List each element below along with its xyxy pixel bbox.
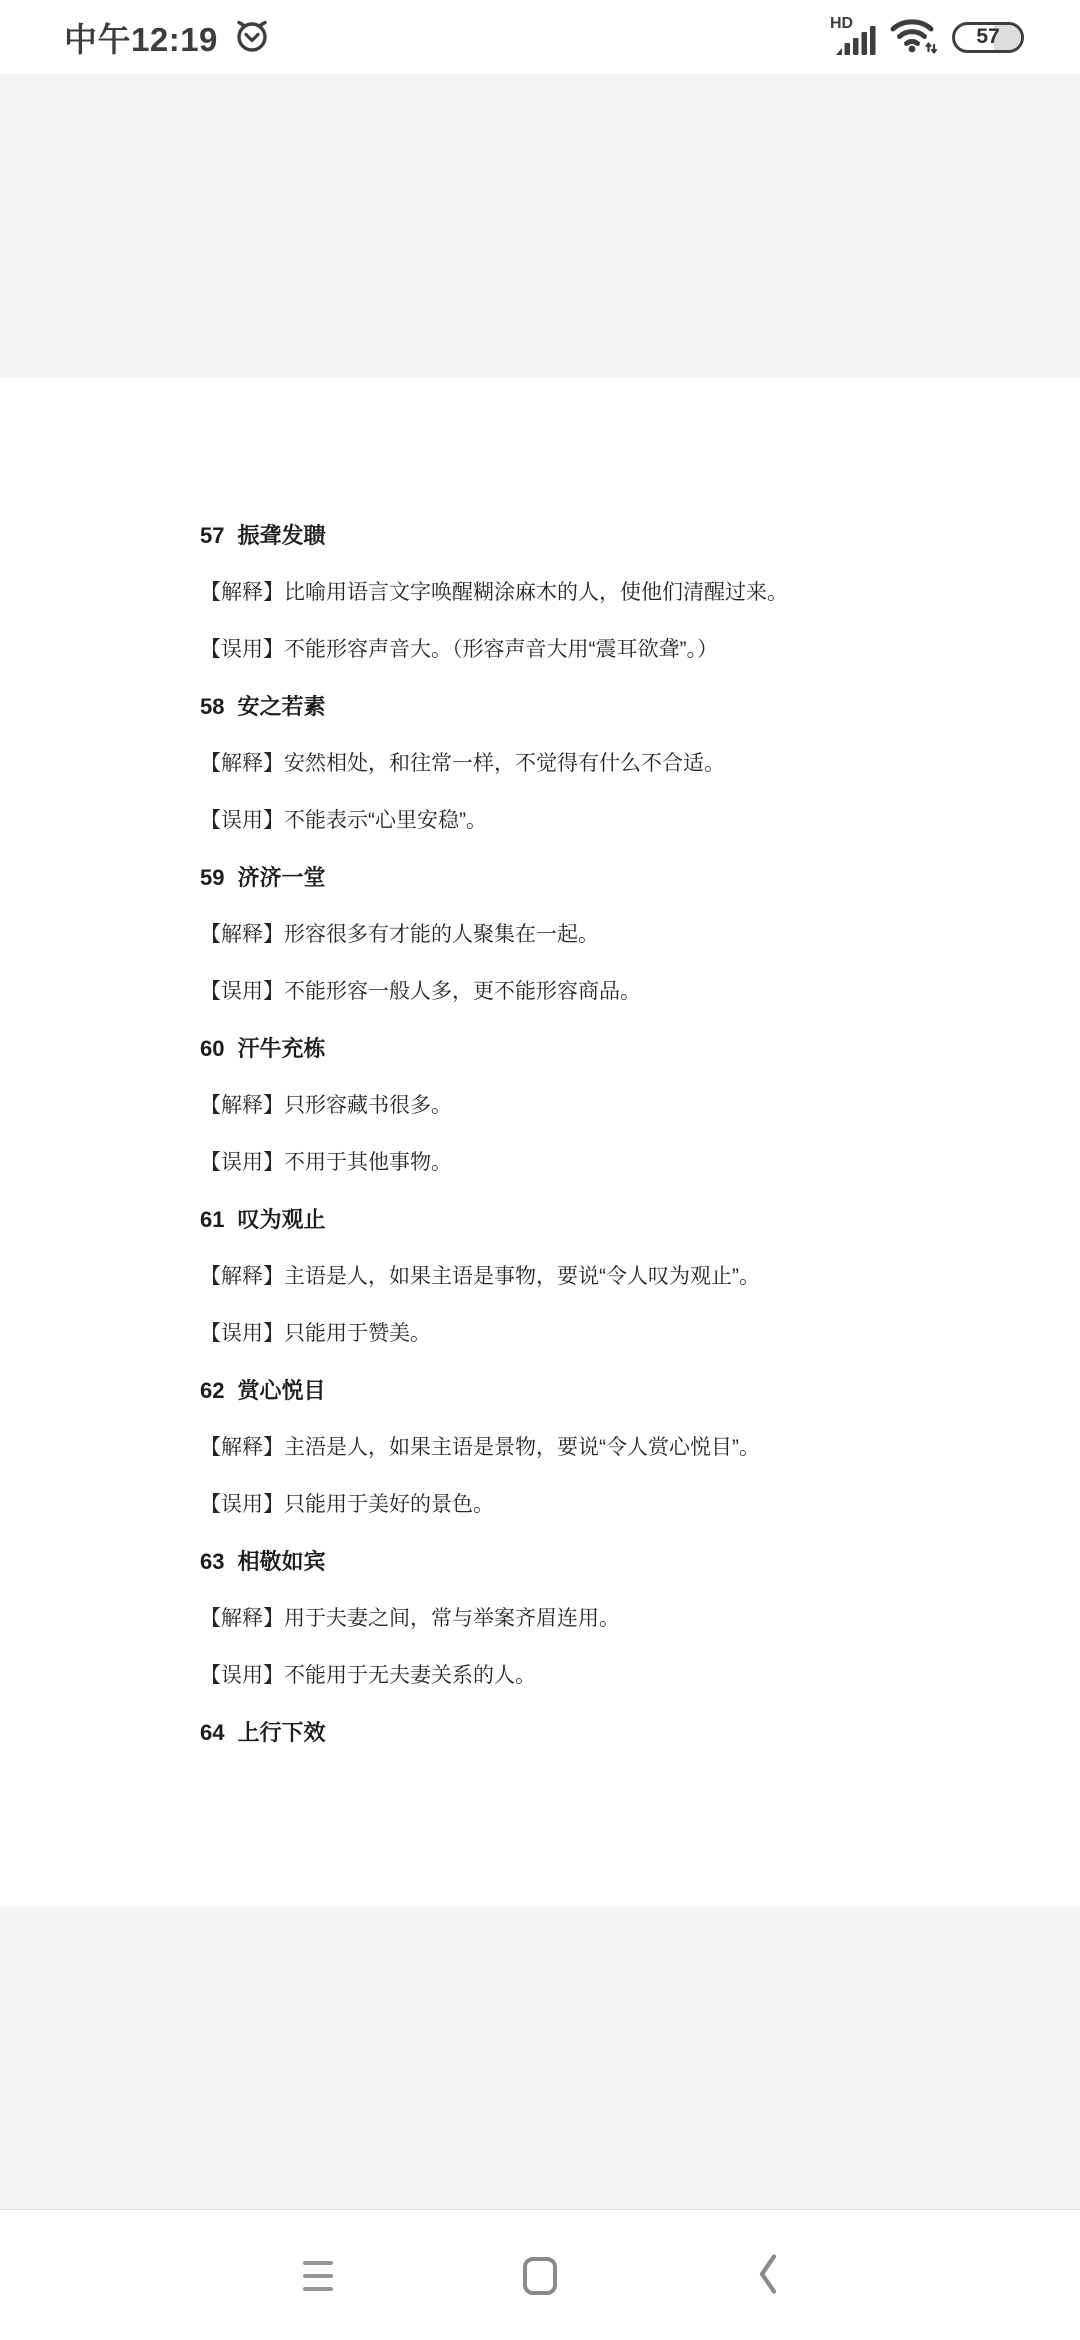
battery-indicator: 57 [952,22,1024,53]
navigation-bar [0,2210,1080,2340]
entry-misuse: 【误用】不能表示“心里安稳”。 [200,792,1020,849]
entry-explanation: 【解释】主浯是人，如果主语是景物，要说“令人赏心悦目”。 [200,1419,1020,1476]
entry-heading: 60汗牛充栋 [200,1020,1020,1077]
entry-explanation: 【解释】只形容藏书很多。 [200,1077,1020,1134]
entry-heading: 59济济一堂 [200,849,1020,906]
status-bar: 中午12:19 HD [0,0,1080,74]
entry-heading: 61叹为观止 [200,1191,1020,1248]
status-bar-left: 中午12:19 [64,14,272,61]
phone-screen: 中午12:19 HD [0,0,1080,2340]
menu-icon [303,2261,333,2291]
entry-heading: 57振聋发聩 [200,507,1020,564]
entry-heading: 58安之若素 [200,678,1020,735]
entry-explanation: 【解释】安然相处，和往常一样，不觉得有什么不合适。 [200,735,1020,792]
battery-percent-label: 57 [976,25,999,49]
back-icon [758,2253,778,2300]
entry-misuse: 【误用】不能形容一般人多，更不能形容商品。 [200,963,1020,1020]
entry-heading: 63相敬如宾 [200,1533,1020,1590]
home-button[interactable] [514,2250,566,2302]
menu-button[interactable] [292,2250,344,2302]
entry-heading: 64上行下效 [200,1704,1020,1761]
alarm-clock-icon [232,15,272,60]
wifi-icon [890,15,938,60]
back-button[interactable] [742,2250,794,2302]
clock-time: 中午12:19 [64,14,218,61]
entry-misuse: 【误用】不能用于无夫妻关系的人。 [200,1647,1020,1704]
entry-explanation: 【解释】用于夫妻之间，常与举案齐眉连用。 [200,1590,1020,1647]
entry-heading: 62赏心悦目 [200,1362,1020,1419]
home-icon [523,2257,557,2295]
entry-explanation: 【解释】主语是人，如果主语是事物，要说“令人叹为观止”。 [200,1248,1020,1305]
entry-explanation: 【解释】形容很多有才能的人聚集在一起。 [200,906,1020,963]
entry-misuse: 【误用】不用于其他事物。 [200,1134,1020,1191]
document-page[interactable]: 57振聋发聩 【解释】比喻用语言文字唤醒糊涂麻木的人，使他们清醒过来。 【误用】… [0,377,1080,1907]
entry-explanation: 【解释】比喻用语言文字唤醒糊涂麻木的人，使他们清醒过来。 [200,564,1020,621]
viewer-background-top [0,74,1080,377]
cellular-signal-icon: HD [830,16,876,58]
entry-misuse: 【误用】只能用于美好的景色。 [200,1476,1020,1533]
entry-misuse: 【误用】不能形容声音大。（形容声音大用“震耳欲聋”。） [200,621,1020,678]
viewer-background-bottom [0,1907,1080,2210]
entry-misuse: 【误用】只能用于赞美。 [200,1305,1020,1362]
status-bar-right: HD [830,15,1024,60]
